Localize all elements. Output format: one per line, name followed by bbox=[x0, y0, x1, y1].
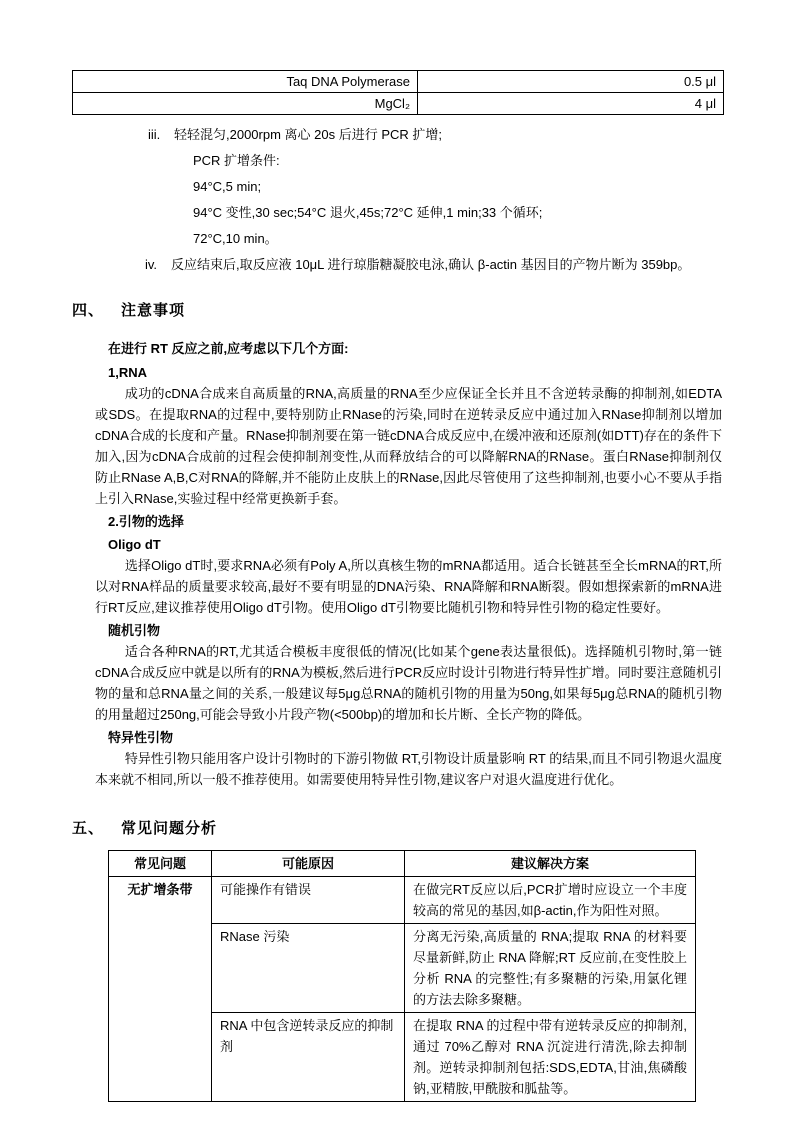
step-iv-text: 反应结束后,取反应液 10μL 进行琼脂糖凝胶电泳,确认 β-actin 基因目… bbox=[171, 252, 690, 278]
oligo-dt-heading: Oligo dT bbox=[108, 534, 722, 555]
table-header-row: 常见问题 可能原因 建议解决方案 bbox=[109, 851, 696, 877]
reagent-volume: 0.5 μl bbox=[418, 71, 724, 93]
section4-heading: 四、 注意事项 bbox=[72, 299, 722, 320]
step-iv-marker: iv. bbox=[145, 252, 171, 278]
section4-title: 注意事项 bbox=[121, 299, 185, 320]
table-row: 无扩增条带 可能操作有错误 在做完RT反应以后,PCR扩增时应设立一个丰度较高的… bbox=[109, 877, 696, 924]
table-row: MgCl₂ 4 μl bbox=[73, 93, 724, 115]
column-header-cause: 可能原因 bbox=[212, 851, 405, 877]
reagent-name: MgCl₂ bbox=[73, 93, 418, 115]
step-iii-text: 轻轻混匀,2000rpm 离心 20s 后进行 PCR 扩增; bbox=[174, 122, 442, 148]
solution-cell: 在做完RT反应以后,PCR扩增时应设立一个丰度较高的常见的基因,如β-actin… bbox=[405, 877, 696, 924]
reagent-table: Taq DNA Polymerase 0.5 μl MgCl₂ 4 μl bbox=[72, 70, 724, 115]
section5-number: 五、 bbox=[72, 817, 104, 838]
cause-cell: RNase 污染 bbox=[212, 924, 405, 1013]
step-iv: iv. 反应结束后,取反应液 10μL 进行琼脂糖凝胶电泳,确认 β-actin… bbox=[145, 252, 722, 278]
troubleshooting-table: 常见问题 可能原因 建议解决方案 无扩增条带 可能操作有错误 在做完RT反应以后… bbox=[108, 850, 696, 1102]
table-row: Taq DNA Polymerase 0.5 μl bbox=[73, 71, 724, 93]
section4-number: 四、 bbox=[72, 299, 104, 320]
pcr-condition-line: PCR 扩增条件: bbox=[193, 148, 722, 174]
random-primer-heading: 随机引物 bbox=[108, 620, 722, 641]
pcr-condition-line: 94°C,5 min; bbox=[193, 174, 722, 200]
step-iii-marker: iii. bbox=[148, 122, 174, 148]
column-header-solution: 建议解决方案 bbox=[405, 851, 696, 877]
solution-cell: 分离无污染,高质量的 RNA;提取 RNA 的材料要尽量新鲜,防止 RNA 降解… bbox=[405, 924, 696, 1013]
reagent-name: Taq DNA Polymerase bbox=[73, 71, 418, 93]
solution-cell: 在提取 RNA 的过程中带有逆转录反应的抑制剂,通过 70%乙醇对 RNA 沉淀… bbox=[405, 1013, 696, 1102]
reagent-volume: 4 μl bbox=[418, 93, 724, 115]
problem-cell: 无扩增条带 bbox=[109, 877, 212, 1102]
cause-cell: RNA 中包含逆转录反应的抑制剂 bbox=[212, 1013, 405, 1102]
section5-heading: 五、 常见问题分析 bbox=[72, 817, 722, 838]
column-header-problem: 常见问题 bbox=[109, 851, 212, 877]
document-page: Taq DNA Polymerase 0.5 μl MgCl₂ 4 μl iii… bbox=[0, 0, 794, 1123]
pcr-conditions: PCR 扩增条件: 94°C,5 min; 94°C 变性,30 sec;54°… bbox=[193, 148, 722, 252]
section5-title: 常见问题分析 bbox=[121, 817, 217, 838]
primer-choice-heading: 2.引物的选择 bbox=[108, 511, 722, 532]
rna-paragraph: 成功的cDNA合成来自高质量的RNA,高质量的RNA至少应保证全长并且不含逆转录… bbox=[95, 383, 722, 509]
step-iii: iii. 轻轻混匀,2000rpm 离心 20s 后进行 PCR 扩增; bbox=[148, 122, 722, 148]
pcr-condition-line: 72°C,10 min。 bbox=[193, 226, 722, 252]
oligo-dt-paragraph: 选择Oligo dT时,要求RNA必须有Poly A,所以真核生物的mRNA都适… bbox=[95, 555, 722, 618]
pcr-condition-line: 94°C 变性,30 sec;54°C 退火,45s;72°C 延伸,1 min… bbox=[193, 200, 722, 226]
random-primer-paragraph: 适合各种RNA的RT,尤其适合模板丰度很低的情况(比如某个gene表达量很低)。… bbox=[95, 641, 722, 725]
cause-cell: 可能操作有错误 bbox=[212, 877, 405, 924]
section4-intro: 在进行 RT 反应之前,应考虑以下几个方面: bbox=[108, 338, 722, 359]
rna-heading: 1,RNA bbox=[108, 362, 722, 383]
specific-primer-paragraph: 特异性引物只能用客户设计引物时的下游引物做 RT,引物设计质量影响 RT 的结果… bbox=[95, 748, 722, 790]
protocol-steps: iii. 轻轻混匀,2000rpm 离心 20s 后进行 PCR 扩增; PCR… bbox=[72, 122, 722, 278]
specific-primer-heading: 特异性引物 bbox=[108, 727, 722, 748]
